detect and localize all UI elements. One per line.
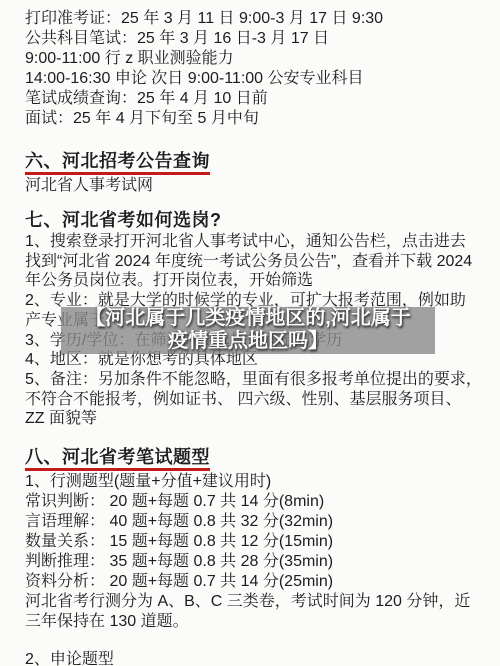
- essay-type-subheading: 2、申论题型: [25, 650, 480, 666]
- paragraph-line: 常识判断： 20 题+每题 0.7 共 14 分(8min): [25, 492, 480, 512]
- section-7-title: 七、河北省考如何选岗?: [25, 210, 222, 230]
- paragraph-line: 5、备注：另加条件不能忽略，里面有很多报考单位提出的要求，: [25, 370, 480, 390]
- section-8-title: 八、河北省考笔试题型: [25, 447, 210, 471]
- exam-schedule-block: 打印准考证：25 年 3 月 11 日 9:00-3 月 17 日 9:30 公…: [25, 9, 480, 129]
- schedule-line: 9:00-11:00 行 z 职业测验能力: [25, 49, 480, 69]
- watermark-line: 疫情重点地区吗】: [61, 330, 435, 353]
- paragraph-line: 资料分析： 20 题+每题 0.7 共 14 分(25min): [25, 572, 480, 592]
- schedule-line: 14:00-16:30 申论 次日 9:00-11:00 公安专业科目: [25, 69, 480, 89]
- schedule-line: 打印准考证：25 年 3 月 11 日 9:00-3 月 17 日 9:30: [25, 9, 480, 29]
- section-written-exam-types: 八、河北省考笔试题型 1、行测题型(题量+分值+建议用时) 常识判断： 20 题…: [25, 447, 480, 666]
- watermark-overlay: 【河北属于几类疫情地区的,河北属于 疫情重点地区吗】: [61, 307, 435, 354]
- watermark-line: 【河北属于几类疫情地区的,河北属于: [61, 307, 435, 330]
- paragraph-line: 找到“河北省 2024 年度统一考试公务员公告”，查看并下载 2024: [25, 252, 480, 272]
- section-announcement-query: 六、河北招考公告查询 河北省人事考试网: [25, 151, 480, 196]
- paragraph-line: 年公务员岗位表。打开岗位表，开始筛选: [25, 271, 480, 291]
- paragraph-line: 三年保持在 130 道题。: [25, 612, 480, 632]
- paragraph-line: 判断推理： 35 题+每题 0.8 共 28 分(35min): [25, 552, 480, 572]
- paragraph-line: 不符合不能报考，例如证书、 四六级、性别、基层服务项目、: [25, 390, 480, 410]
- section-6-site: 河北省人事考试网: [25, 176, 480, 196]
- paragraph-line: 言语理解： 40 题+每题 0.8 共 32 分(32min): [25, 512, 480, 532]
- paragraph-line: 河北省考行测分为 A、B、C 三类卷，考试时间为 120 分钟，近: [25, 592, 480, 612]
- schedule-line: 笔试成绩查询：25 年 4 月 10 日前: [25, 89, 480, 109]
- section-6-title: 六、河北招考公告查询: [25, 151, 210, 175]
- schedule-line: 公共科目笔试：25 年 3 月 16 日-3 月 17 日: [25, 29, 480, 49]
- paragraph-line: 1、行测题型(题量+分值+建议用时): [25, 472, 480, 492]
- paragraph-line: 数量关系： 15 题+每题 0.8 共 12 分(15min): [25, 532, 480, 552]
- paragraph-line: 1、搜索登录打开河北省人事考试中心，通知公告栏，点击进去: [25, 232, 480, 252]
- paragraph-line: ZZ 面貌等: [25, 409, 480, 429]
- schedule-line: 面试：25 年 4 月下旬至 5 月中旬: [25, 109, 480, 129]
- document-page: 打印准考证：25 年 3 月 11 日 9:00-3 月 17 日 9:30 公…: [0, 0, 500, 666]
